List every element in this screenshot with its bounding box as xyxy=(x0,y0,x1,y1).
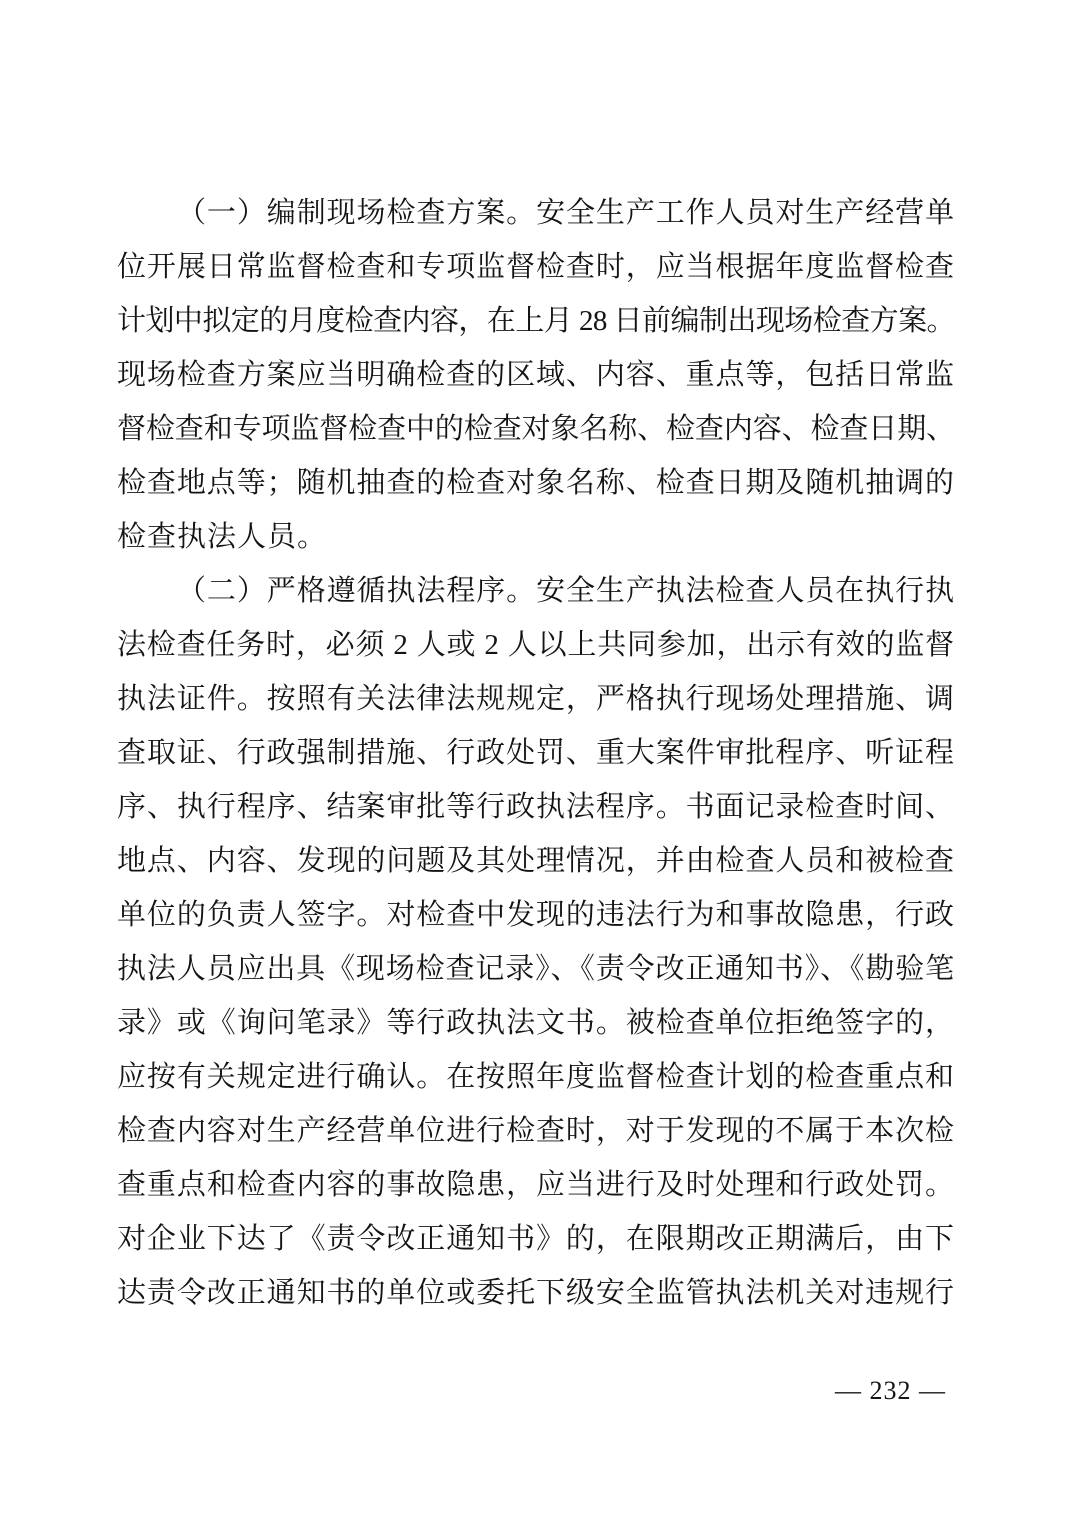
text-line: 应按有关规定进行确认。在按照年度监督检查计划的检查重点和 xyxy=(117,1050,955,1104)
text-line-content: 序、执行程序、结案审批等行政执法程序。书面记录检查时间、 xyxy=(117,791,955,823)
text-line: 地点、内容、发现的问题及其处理情况，并由检查人员和被检查 xyxy=(117,834,955,888)
paragraph: （二）严格遵循执法程序。安全生产执法检查人员在执行执法检查任务时，必须 2 人或… xyxy=(117,564,955,1320)
text-line-content: 对企业下达了《责令改正通知书》的，在限期改正期满后，由下 xyxy=(117,1223,955,1255)
text-line: 对企业下达了《责令改正通知书》的，在限期改正期满后，由下 xyxy=(117,1212,955,1266)
text-line: 计划中拟定的月度检查内容，在上月 28 日前编制出现场检查方案。 xyxy=(117,294,955,348)
text-line-content: 查取证、行政强制措施、行政处罚、重大案件审批程序、听证程 xyxy=(117,737,955,769)
text-line: 位开展日常监督检查和专项监督检查时，应当根据年度监督检查 xyxy=(117,240,955,294)
text-line: 单位的负责人签字。对检查中发现的违法行为和事故隐患，行政 xyxy=(117,888,955,942)
text-line: 督检查和专项监督检查中的检查对象名称、检查内容、检查日期、 xyxy=(117,402,955,456)
text-line-content: 检查执法人员。 xyxy=(117,521,327,553)
text-line: 查取证、行政强制措施、行政处罚、重大案件审批程序、听证程 xyxy=(117,726,955,780)
text-line: 检查执法人员。 xyxy=(117,510,955,564)
document-text: （一）编制现场检查方案。安全生产工作人员对生产经营单位开展日常监督检查和专项监督… xyxy=(117,186,955,1320)
text-line-content: 应按有关规定进行确认。在按照年度监督检查计划的检查重点和 xyxy=(117,1061,955,1093)
text-line-content: 督检查和专项监督检查中的检查对象名称、检查内容、检查日期、 xyxy=(117,413,955,445)
text-line: 检查内容对生产经营单位进行检查时，对于发现的不属于本次检 xyxy=(117,1104,955,1158)
text-line: 法检查任务时，必须 2 人或 2 人以上共同参加，出示有效的监督 xyxy=(117,618,955,672)
text-line: 序、执行程序、结案审批等行政执法程序。书面记录检查时间、 xyxy=(117,780,955,834)
text-line: 达责令改正通知书的单位或委托下级安全监管执法机关对违规行 xyxy=(117,1266,955,1320)
text-line-content: 执法人员应出具《现场检查记录》、《责令改正通知书》、《勘验笔 xyxy=(117,953,955,985)
text-line-content: 检查内容对生产经营单位进行检查时，对于发现的不属于本次检 xyxy=(117,1115,955,1147)
text-line-content: 单位的负责人签字。对检查中发现的违法行为和事故隐患，行政 xyxy=(117,899,955,931)
text-line-content: 现场检查方案应当明确检查的区域、内容、重点等，包括日常监 xyxy=(117,359,955,391)
text-line-content: 地点、内容、发现的问题及其处理情况，并由检查人员和被检查 xyxy=(117,845,955,877)
text-line: （一）编制现场检查方案。安全生产工作人员对生产经营单 xyxy=(117,186,955,240)
text-line-content: 执法证件。按照有关法律法规规定，严格执行现场处理措施、调 xyxy=(117,683,955,715)
text-line-content: 位开展日常监督检查和专项监督检查时，应当根据年度监督检查 xyxy=(117,251,955,283)
text-line: 录》或《询问笔录》等行政执法文书。被检查单位拒绝签字的， xyxy=(117,996,955,1050)
text-line-content: （一）编制现场检查方案。安全生产工作人员对生产经营单 xyxy=(177,197,955,229)
paragraph: （一）编制现场检查方案。安全生产工作人员对生产经营单位开展日常监督检查和专项监督… xyxy=(117,186,955,564)
text-line-content: 查重点和检查内容的事故隐患，应当进行及时处理和行政处罚。 xyxy=(117,1169,955,1201)
text-line-content: 计划中拟定的月度检查内容，在上月 28 日前编制出现场检查方案。 xyxy=(117,305,955,337)
document-page: （一）编制现场检查方案。安全生产工作人员对生产经营单位开展日常监督检查和专项监督… xyxy=(0,0,1074,1520)
text-line-content: （二）严格遵循执法程序。安全生产执法检查人员在执行执 xyxy=(177,575,955,607)
text-line-content: 录》或《询问笔录》等行政执法文书。被检查单位拒绝签字的， xyxy=(117,1007,955,1039)
text-line: 执法人员应出具《现场检查记录》、《责令改正通知书》、《勘验笔 xyxy=(117,942,955,996)
page-number: — 232 — xyxy=(835,1376,946,1406)
text-line: （二）严格遵循执法程序。安全生产执法检查人员在执行执 xyxy=(117,564,955,618)
text-line: 现场检查方案应当明确检查的区域、内容、重点等，包括日常监 xyxy=(117,348,955,402)
text-line: 检查地点等；随机抽查的检查对象名称、检查日期及随机抽调的 xyxy=(117,456,955,510)
text-line: 查重点和检查内容的事故隐患，应当进行及时处理和行政处罚。 xyxy=(117,1158,955,1212)
text-line-content: 检查地点等；随机抽查的检查对象名称、检查日期及随机抽调的 xyxy=(117,467,955,499)
text-line-content: 达责令改正通知书的单位或委托下级安全监管执法机关对违规行 xyxy=(117,1277,955,1309)
text-line: 执法证件。按照有关法律法规规定，严格执行现场处理措施、调 xyxy=(117,672,955,726)
text-line-content: 法检查任务时，必须 2 人或 2 人以上共同参加，出示有效的监督 xyxy=(117,629,955,661)
